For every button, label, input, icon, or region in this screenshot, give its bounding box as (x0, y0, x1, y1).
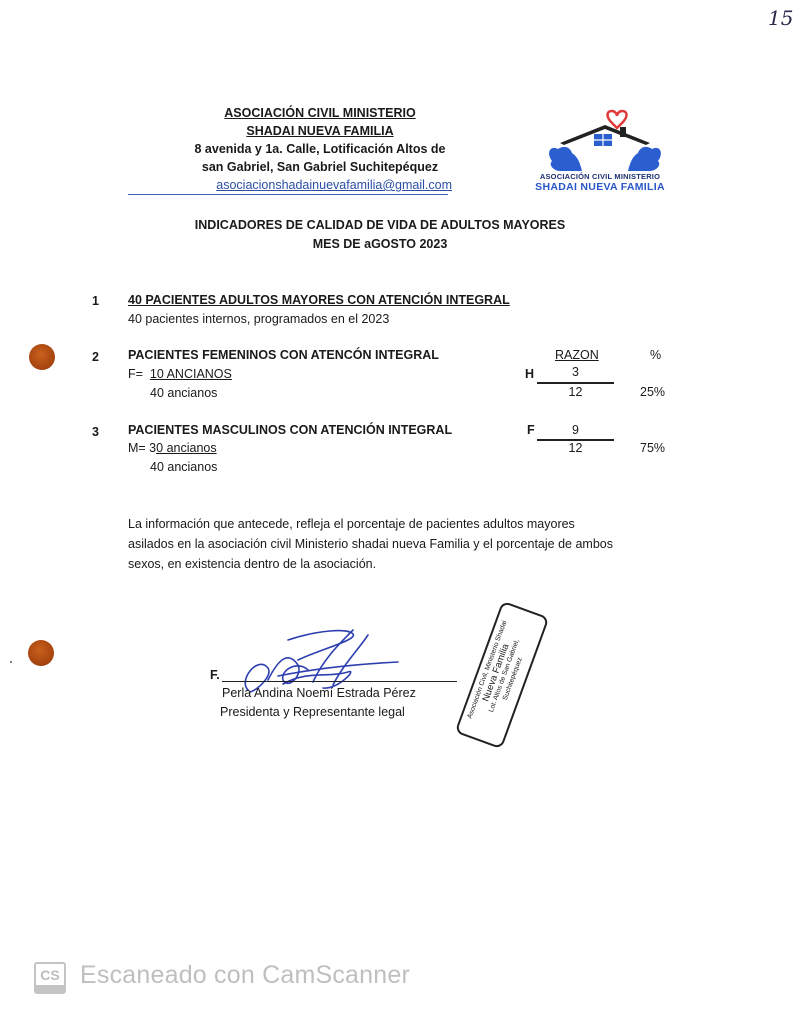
house-icon (549, 125, 661, 171)
punch-hole (28, 640, 54, 666)
address-line1: 8 avenida y 1a. Calle, Lotificación Alto… (170, 140, 470, 158)
item-3-fraction: M= 30 ancianos (128, 441, 217, 455)
email-link[interactable]: asociacionshadainuevafamilia@gmail.com (170, 176, 470, 194)
speck (10, 661, 12, 663)
camscanner-logo-icon: CS (34, 962, 66, 994)
item-2-label: F= (128, 367, 143, 381)
item-3-ratio-denominator: 12 (537, 441, 614, 455)
organization-header: ASOCIACIÓN CIVIL MINISTERIO SHADAI NUEVA… (170, 104, 470, 194)
title-line2: MES DE aGOSTO 2023 (180, 235, 580, 254)
logo-caption-line1: ASOCIACIÓN CIVIL MINISTERIO (520, 172, 680, 181)
item-3-ratio-letter: F (527, 423, 535, 437)
item-1-subtext: 40 pacientes internos, programados en el… (128, 312, 389, 326)
camscanner-watermark: Escaneado con CamScanner (80, 961, 410, 990)
signer-name: Perla Andina Noemí Estrada Pérez (222, 686, 416, 700)
heart-icon (608, 111, 627, 128)
organization-stamp: Asociación Civil, Ministerio Shadai Nuev… (455, 601, 550, 750)
item-2-denominator: 40 ancianos (150, 386, 217, 400)
punch-hole (29, 344, 55, 370)
item-3-percent: 75% (640, 441, 665, 455)
percent-column-header: % (650, 348, 661, 362)
ratio-column-header: RAZON (555, 348, 599, 362)
title-line1: INDICADORES DE CALIDAD DE VIDA DE ADULTO… (180, 216, 580, 235)
item-3-number: 3 (92, 425, 99, 439)
item-3-label: M= 3 (128, 441, 156, 455)
item-3-denominator: 40 ancianos (150, 460, 217, 474)
item-2-number: 2 (92, 350, 99, 364)
item-3-ratio-numerator: 9 (537, 423, 614, 437)
signer-role: Presidenta y Representante legal (220, 705, 405, 719)
address-line2: san Gabriel, San Gabriel Suchitepéquez (170, 158, 470, 176)
item-1-heading: 40 PACIENTES ADULTOS MAYORES CON ATENCIÓ… (128, 293, 510, 307)
document-title: INDICADORES DE CALIDAD DE VIDA DE ADULTO… (180, 216, 580, 254)
item-3-numerator: 0 ancianos (156, 441, 216, 455)
header-rule (128, 194, 448, 195)
signature-prefix: F. (210, 668, 220, 682)
item-2-numerator: 10 ANCIANOS (150, 367, 232, 381)
item-2-fraction: F= 10 ANCIANOS (128, 367, 232, 381)
item-2-ratio-letter: H (525, 367, 534, 381)
summary-paragraph: La información que antecede, refleja el … (128, 514, 618, 574)
org-name-line1: ASOCIACIÓN CIVIL MINISTERIO (170, 104, 470, 122)
item-1-number: 1 (92, 294, 99, 308)
item-3-heading: PACIENTES MASCULINOS CON ATENCIÓN INTEGR… (128, 423, 452, 437)
logo-caption-line2: SHADAI NUEVA FAMILIA (520, 181, 680, 193)
page-number: 15 (768, 6, 793, 30)
item-2-ratio-numerator: 3 (537, 365, 614, 379)
org-name-line2: SHADAI NUEVA FAMILIA (170, 122, 470, 140)
fraction-line (537, 382, 614, 384)
item-2-percent: 25% (640, 385, 665, 399)
signature-line (222, 681, 457, 682)
item-2-heading: PACIENTES FEMENINOS CON ATENCÓN INTEGRAL (128, 348, 439, 362)
item-2-ratio-denominator: 12 (537, 385, 614, 399)
